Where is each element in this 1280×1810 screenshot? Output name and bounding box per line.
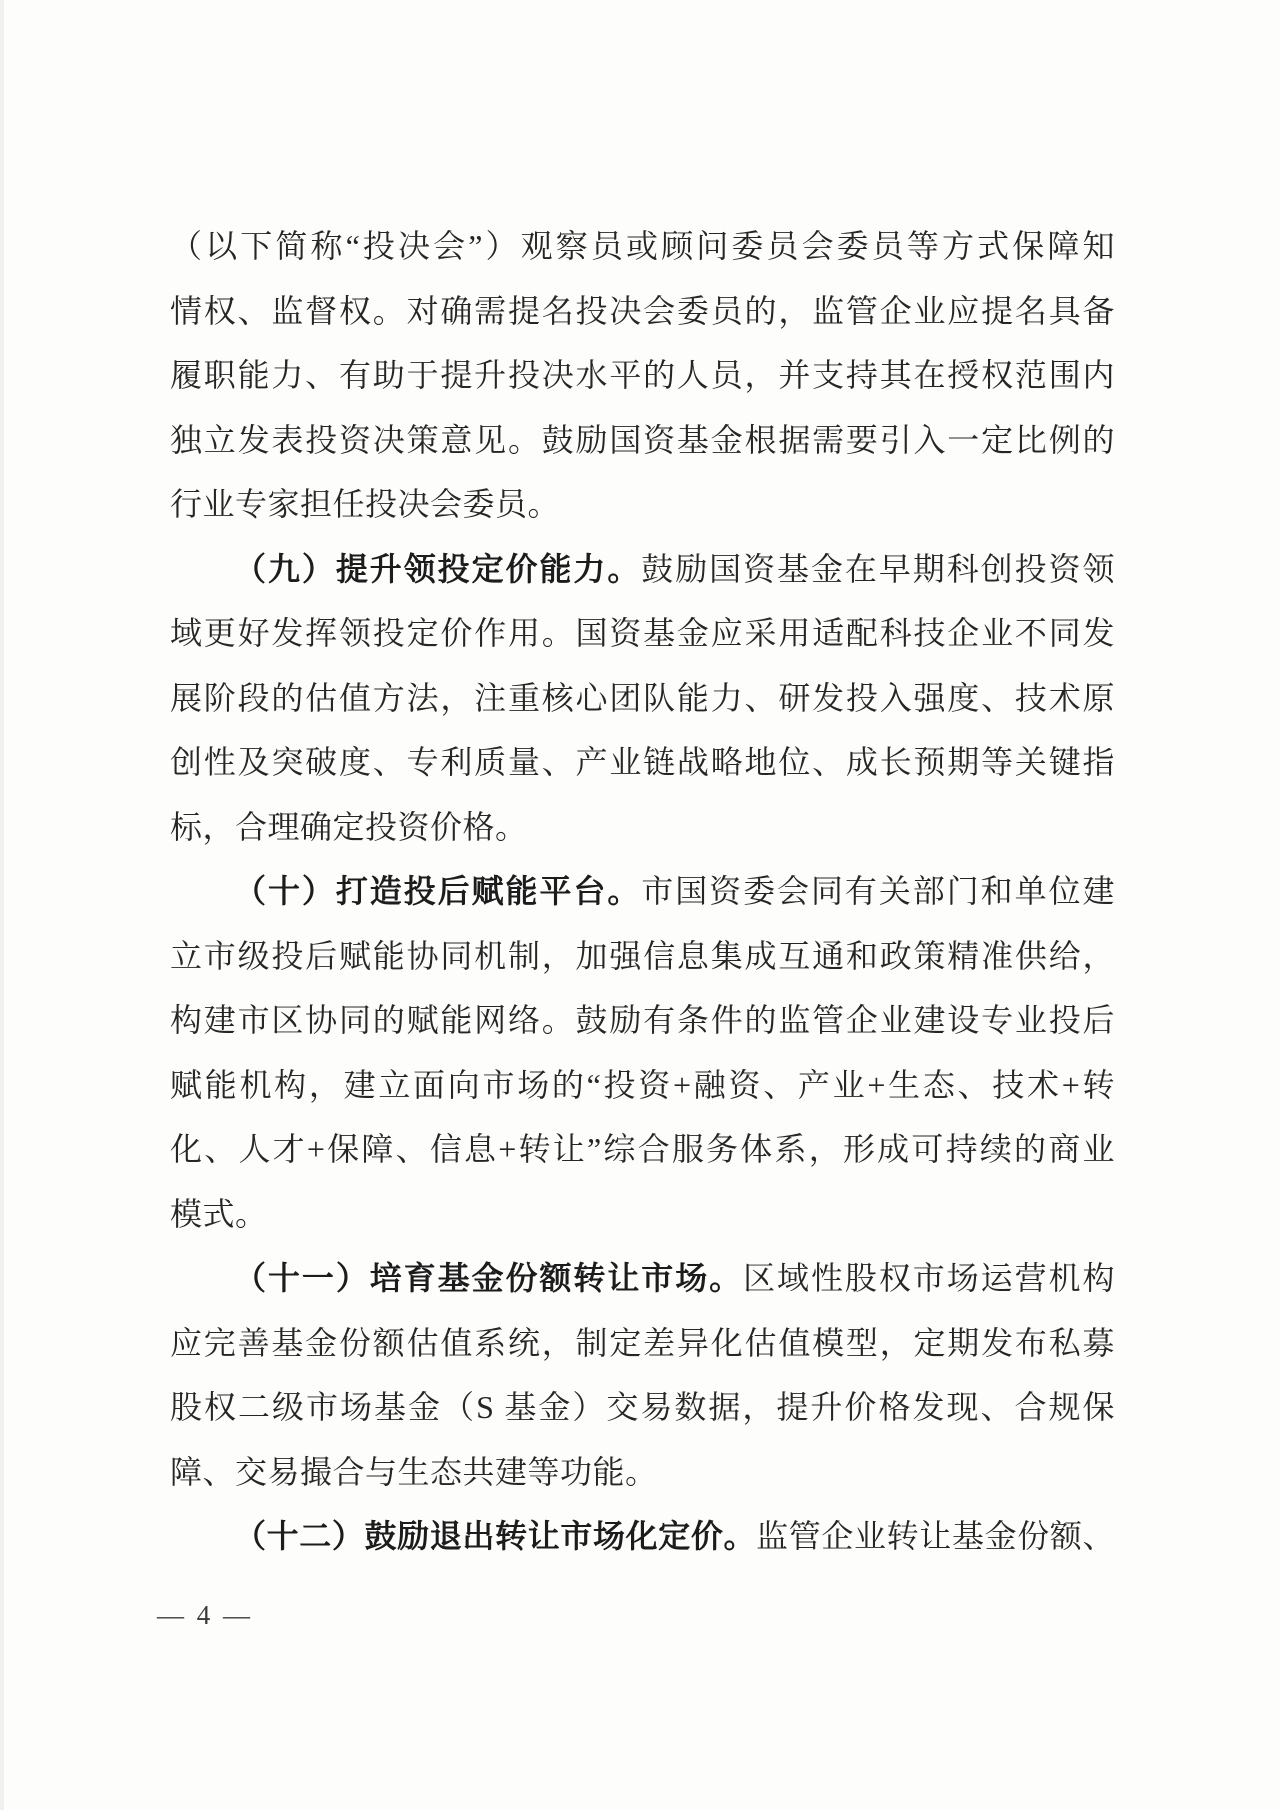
text-line: 创性及突破度、专利质量、产业链战略地位、成长预期等关键指 [170,730,1115,795]
heading-text: （十）打造投后赋能平台。 [234,873,641,909]
text-line: 障、交易撮合与生态共建等功能。 [170,1440,1115,1505]
text-line: 赋能机构，建立面向市场的“投资+融资、产业+生态、技术+转 [170,1053,1115,1118]
section-heading-line-12: （十二）鼓励退出转让市场化定价。监管企业转让基金份额、 [170,1504,1115,1569]
text-line: 展阶段的估值方法，注重核心团队能力、研发投入强度、技术原 [170,666,1115,731]
heading-text: （十一）培育基金份额转让市场。 [234,1260,743,1296]
document-page: （以下简称“投决会”）观察员或顾问委员会委员等方式保障知 情权、监督权。对确需提… [0,0,1280,1810]
body-text: 模式。 [170,1196,268,1232]
body-text: 情权、监督权。对确需提名投决会委员的，监管企业应提名具备 [170,293,1115,329]
page-number: — 4 — [157,1595,253,1635]
text-line: （以下简称“投决会”）观察员或顾问委员会委员等方式保障知 [170,214,1115,279]
text-line: 模式。 [170,1182,1115,1247]
body-text: 行业专家担任投决会委员。 [170,486,560,522]
section-heading-line-10: （十）打造投后赋能平台。市国资委会同有关部门和单位建 [170,859,1115,924]
body-text: 创性及突破度、专利质量、产业链战略地位、成长预期等关键指 [170,744,1115,780]
text-line: 独立发表投资决策意见。鼓励国资基金根据需要引入一定比例的 [170,408,1115,473]
text-line: 履职能力、有助于提升投决水平的人员，并支持其在授权范围内 [170,343,1115,408]
body-text: 区域性股权市场运营机构 [743,1260,1115,1296]
text-line: 情权、监督权。对确需提名投决会委员的，监管企业应提名具备 [170,279,1115,344]
document-body: （以下简称“投决会”）观察员或顾问委员会委员等方式保障知 情权、监督权。对确需提… [170,214,1115,1569]
body-text: 障、交易撮合与生态共建等功能。 [170,1454,658,1490]
text-line: 应完善基金份额估值系统，制定差异化估值模型，定期发布私募 [170,1311,1115,1376]
body-text: （以下简称“投决会”）观察员或顾问委员会委员等方式保障知 [170,228,1115,264]
section-heading-line-11: （十一）培育基金份额转让市场。区域性股权市场运营机构 [170,1246,1115,1311]
body-text: 监管企业转让基金份额、 [756,1518,1115,1554]
body-text: 立市级投后赋能协同机制，加强信息集成互通和政策精准供给， [170,938,1115,974]
text-line: 立市级投后赋能协同机制，加强信息集成互通和政策精准供给， [170,924,1115,989]
text-line: 域更好发挥领投定价作用。国资基金应采用适配科技企业不同发 [170,601,1115,666]
body-text: 鼓励国资基金在早期科创投资领 [641,551,1115,587]
text-line: 行业专家担任投决会委员。 [170,472,1115,537]
body-text: 展阶段的估值方法，注重核心团队能力、研发投入强度、技术原 [170,680,1115,716]
text-line: 化、人才+保障、信息+转让”综合服务体系，形成可持续的商业 [170,1117,1115,1182]
body-text: 化、人才+保障、信息+转让”综合服务体系，形成可持续的商业 [170,1131,1115,1167]
body-text: 构建市区协同的赋能网络。鼓励有条件的监管企业建设专业投后 [170,1002,1115,1038]
text-line: 构建市区协同的赋能网络。鼓励有条件的监管企业建设专业投后 [170,988,1115,1053]
section-heading-line-9: （九）提升领投定价能力。鼓励国资基金在早期科创投资领 [170,537,1115,602]
body-text: 股权二级市场基金（S 基金）交易数据，提升价格发现、合规保 [170,1389,1115,1425]
body-text: 域更好发挥领投定价作用。国资基金应采用适配科技企业不同发 [170,615,1115,651]
body-text: 标，合理确定投资价格。 [170,809,528,845]
body-text: 独立发表投资决策意见。鼓励国资基金根据需要引入一定比例的 [170,422,1115,458]
body-text: 履职能力、有助于提升投决水平的人员，并支持其在授权范围内 [170,357,1115,393]
body-text: 市国资委会同有关部门和单位建 [641,873,1115,909]
heading-text: （十二）鼓励退出转让市场化定价。 [234,1518,756,1554]
body-text: 赋能机构，建立面向市场的“投资+融资、产业+生态、技术+转 [170,1067,1115,1103]
text-line: 股权二级市场基金（S 基金）交易数据，提升价格发现、合规保 [170,1375,1115,1440]
heading-text: （九）提升领投定价能力。 [234,551,641,587]
text-line: 标，合理确定投资价格。 [170,795,1115,860]
body-text: 应完善基金份额估值系统，制定差异化估值模型，定期发布私募 [170,1325,1115,1361]
